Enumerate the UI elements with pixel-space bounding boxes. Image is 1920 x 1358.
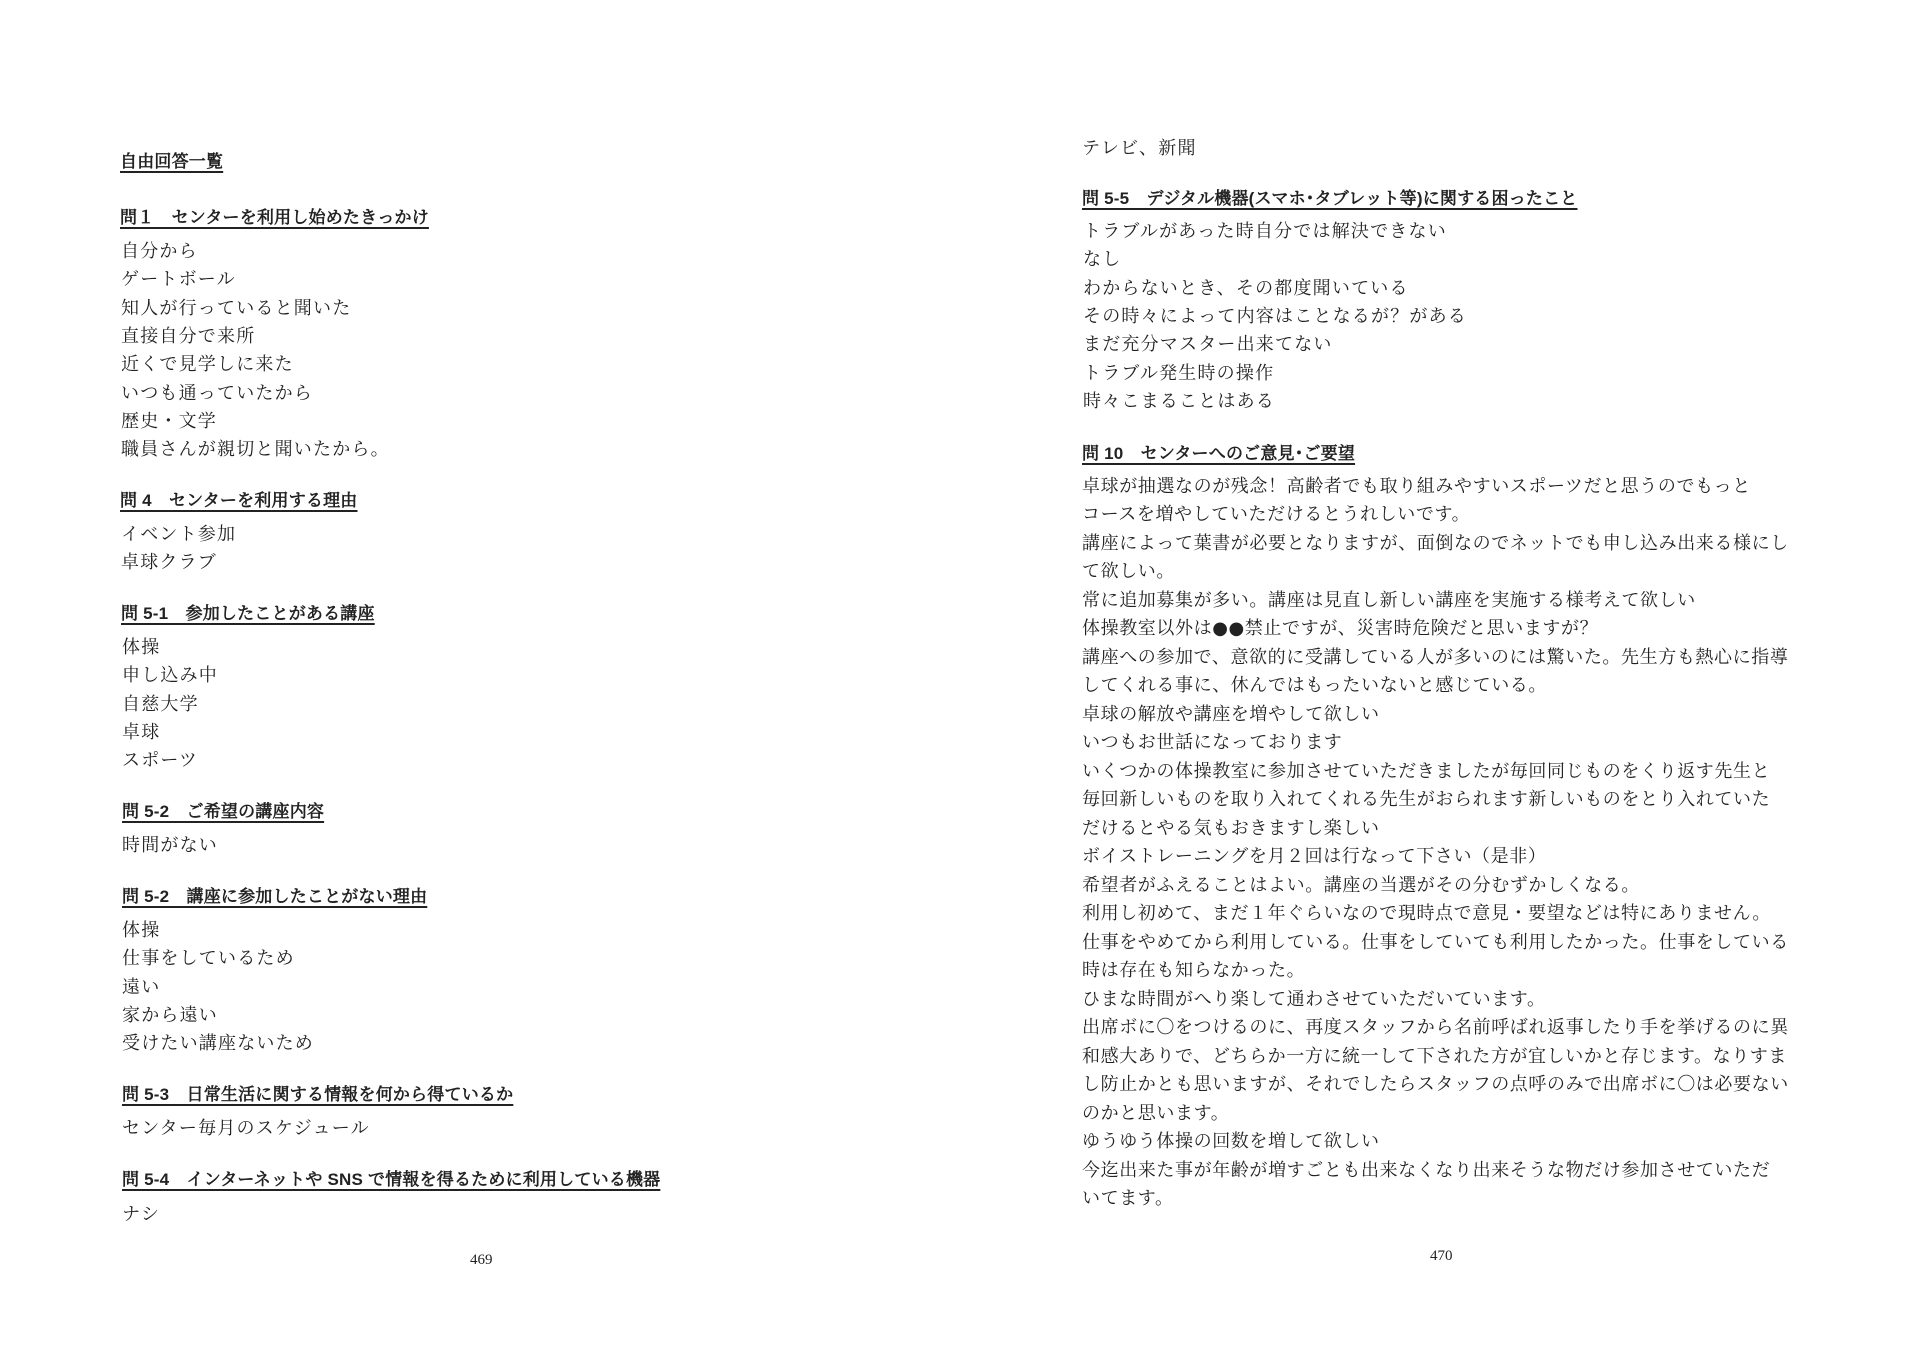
opinion-line: ゆうゆう体操の回数を増して欲しい: [1082, 1127, 1380, 1153]
question-heading-q5-1: 問 5-1 参加したことがある講座: [121, 599, 375, 624]
answer-item: ナシ: [122, 1200, 160, 1226]
opinion-line: だけるとやる気もおきますし楽しい: [1082, 814, 1380, 840]
answer-item: 遠い: [122, 973, 160, 999]
opinion-line: してくれる事に、休んではもったいないと感じている。: [1082, 671, 1547, 697]
document-title: 自由回答一覧: [120, 147, 223, 172]
opinion-line: いくつかの体操教室に参加させていただきましたが毎回同じものをくり返す先生と: [1082, 757, 1770, 783]
opinion-line: て欲しい。: [1082, 557, 1175, 583]
answer-item: 体操: [122, 633, 160, 659]
answer-item: トラブル発生時の操作: [1083, 359, 1274, 385]
answer-item: なし: [1083, 245, 1121, 271]
answer-item: 体操: [122, 916, 160, 942]
opinion-line: いつもお世話になっております: [1082, 728, 1342, 754]
question-heading-q10: 問 10 センターへのご意見･ご要望: [1082, 439, 1355, 464]
question-heading-q5-2-reasons: 問 5-2 講座に参加したことがない理由: [122, 882, 427, 907]
answer-item: 受けたい講座ないため: [122, 1029, 314, 1055]
answer-item: 自分から: [121, 237, 198, 263]
answer-item: ゲートボール: [121, 265, 236, 291]
answer-item: その時々によって内容はことなるが？がある: [1083, 302, 1467, 328]
question-heading-q5-4: 問 5-4 インターネットや SNS で情報を得るために利用している機器: [122, 1165, 660, 1190]
opinion-line: 常に追加募集が多い。講座は見直し新しい講座を実施する様考えて欲しい: [1082, 586, 1696, 612]
answer-item: トラブルがあった時自分では解決できない: [1083, 217, 1447, 243]
page-470: テレビ、新聞 問 5-5 デジタル機器(スマホ･タブレット等)に関する困ったこと…: [960, 0, 1920, 1358]
opinion-line: し防止かとも思いますが、それでしたらスタッフの点呼のみで出席ボに〇は必要ない: [1082, 1070, 1789, 1096]
answer-item: 卓球: [122, 718, 160, 744]
opinion-line: のかと思います。: [1082, 1099, 1229, 1125]
page-number: 470: [1430, 1248, 1453, 1265]
opinion-line: コースを増やしていただけるとうれしいです。: [1082, 500, 1470, 526]
answer-item: センター毎月のスケジュール: [122, 1114, 370, 1140]
question-heading-q5-2-desired: 問 5-2 ご希望の講座内容: [122, 797, 324, 822]
answer-item: 知人が行っていると聞いた: [121, 294, 351, 320]
page-469: 自由回答一覧 問１ センターを利用し始めたきっかけ 自分から ゲートボール 知人…: [0, 0, 960, 1358]
opinion-line: ひまな時間がへり楽して通わさせていただいています。: [1082, 985, 1546, 1011]
answer-item: まだ充分マスター出来てない: [1083, 330, 1333, 356]
opinion-line: いてます。: [1082, 1184, 1174, 1210]
answer-item: わからないとき、その都度聞いている: [1083, 274, 1409, 300]
answer-item-continued: テレビ、新聞: [1082, 134, 1197, 160]
answer-item: 自慈大学: [122, 690, 199, 716]
answer-item: 卓球クラブ: [121, 548, 217, 574]
answer-item: スポーツ: [122, 746, 198, 772]
opinion-line: 和感大ありで、どちらか一方に統一して下された方が宜しいかと存じます。なりすま: [1082, 1042, 1787, 1068]
answer-item: 歴史・文学: [121, 407, 217, 433]
question-heading-q5-5: 問 5-5 デジタル機器(スマホ･タブレット等)に関する困ったこと: [1082, 184, 1578, 209]
answer-item: 近くで見学しに来た: [121, 350, 294, 376]
answer-item: 直接自分で来所: [121, 322, 255, 348]
opinion-line: 体操教室以外は●●禁止ですが、災害時危険だと思いますが？: [1082, 614, 1598, 640]
answer-item: 時間がない: [122, 831, 218, 857]
question-heading-q1: 問１ センターを利用し始めたきっかけ: [120, 203, 429, 228]
answer-item: 職員さんが親切と聞いたから。: [121, 435, 390, 461]
question-heading-q5-3: 問 5-3 日常生活に関する情報を何から得ているか: [122, 1080, 513, 1105]
opinion-line: 希望者がふえることはよい。講座の当選がその分むずかしくなる。: [1082, 871, 1640, 897]
opinion-line: 今迄出来た事が年齢が増すごとも出来なくなり出来そうな物だけ参加させていただ: [1082, 1156, 1770, 1182]
opinion-line: 講座への参加で、意欲的に受講している人が多いのには驚いた。先生方も熱心に指導: [1082, 643, 1788, 669]
opinion-line: ボイストレーニングを月２回は行なって下さい（是非）: [1082, 842, 1546, 868]
answer-item: イベント参加: [121, 520, 236, 546]
question-heading-q4: 問 4 センターを利用する理由: [120, 486, 358, 511]
opinion-line: 毎回新しいものを取り入れてくれる先生がおられます新しいものをとり入れていた: [1082, 785, 1770, 811]
opinion-line: 利用し初めて、まだ１年ぐらいなので現時点で意見・要望などは特にありません。: [1082, 899, 1771, 925]
opinion-line: 出席ボに〇をつけるのに、再度スタッフから名前呼ばれ返事したり手を挙げるのに異: [1082, 1013, 1789, 1039]
opinion-line: 卓球が抽選なのが残念！高齢者でも取り組みやすいスポーツだと思うのでもっと: [1082, 472, 1751, 498]
answer-item: 仕事をしているため: [122, 944, 295, 970]
opinion-line: 卓球の解放や講座を増やして欲しい: [1082, 700, 1380, 726]
opinion-line: 仕事をやめてから利用している。仕事をしていても利用したかった。仕事をしている: [1082, 928, 1789, 954]
answer-item: 家から遠い: [122, 1001, 218, 1027]
answer-item: 時々こまることはある: [1083, 387, 1275, 413]
opinion-line: 講座によって葉書が必要となりますが、面倒なのでネットでも申し込み出来る様にし: [1082, 529, 1789, 555]
opinion-line: 時は存在も知らなかった。: [1082, 956, 1305, 982]
answer-item: 申し込み中: [122, 661, 218, 687]
page-number: 469: [470, 1252, 493, 1269]
answer-item: いつも通っていたから: [121, 379, 313, 405]
